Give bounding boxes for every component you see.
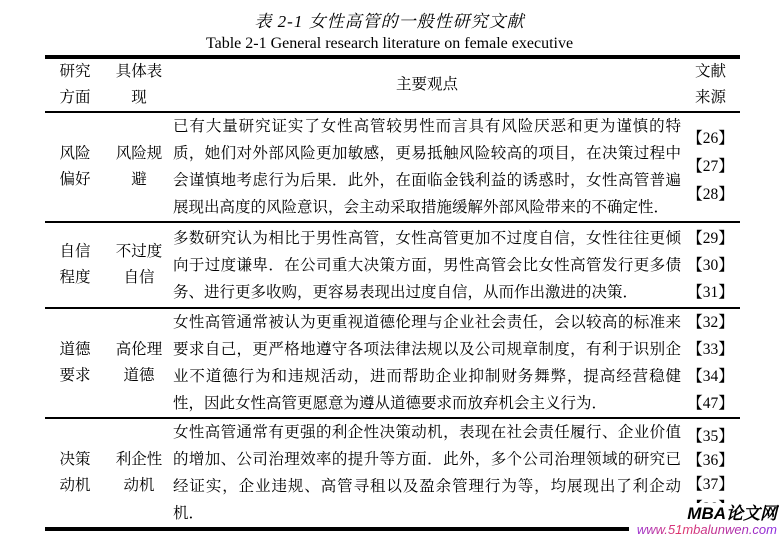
behavior-line: 动机 — [105, 473, 173, 499]
header-main-viewpoint: 主要观点 — [173, 57, 681, 112]
behavior-cell: 利企性 动机 — [105, 418, 173, 529]
reference-number: 【47】 — [681, 390, 740, 417]
behavior-cell: 高伦理 道德 — [105, 308, 173, 418]
reference-number: 【28】 — [681, 181, 740, 209]
table-row: 风险 偏好 风险规 避 已有大量研究证实了女性高管较男性而言具有风险厌恶和更为谨… — [45, 112, 740, 222]
aspect-line: 自信 — [45, 239, 105, 265]
aspect-line: 道德 — [45, 337, 105, 363]
behavior-line: 不过度 — [105, 239, 173, 265]
table-row: 自信 程度 不过度 自信 多数研究认为相比于男性高管，女性高管更加不过度自信，女… — [45, 222, 740, 308]
reference-number: 【31】 — [681, 279, 740, 306]
reference-number: 【36】 — [681, 449, 740, 473]
refs-cell: 【29】 【30】 【31】 — [681, 222, 740, 308]
behavior-line: 利企性 — [105, 447, 173, 473]
header-line: 文献 — [681, 59, 740, 85]
reference-number: 【30】 — [681, 252, 740, 279]
document-page: 表 2-1 女性高管的一般性研究文献 Table 2-1 General res… — [0, 0, 779, 539]
behavior-line: 风险规 — [105, 141, 173, 167]
watermark-site-name: MBA论文网 — [637, 505, 777, 523]
behavior-line: 自信 — [105, 265, 173, 291]
reference-number: 【35】 — [681, 425, 740, 449]
table-header-row: 研究 方面 具体表 现 主要观点 文献 来源 — [45, 57, 740, 112]
reference-number: 【33】 — [681, 336, 740, 363]
viewpoint-cell: 女性高管通常有更强的利企性决策动机，表现在社会责任履行、企业价值的增加、公司治理… — [173, 418, 681, 529]
header-line: 现 — [105, 85, 173, 111]
reference-number: 【29】 — [681, 225, 740, 252]
header-specific-behavior: 具体表 现 — [105, 57, 173, 112]
header-line: 方面 — [45, 85, 105, 111]
aspect-cell: 自信 程度 — [45, 222, 105, 308]
header-research-aspect: 研究 方面 — [45, 57, 105, 112]
aspect-line: 风险 — [45, 141, 105, 167]
aspect-line: 决策 — [45, 447, 105, 473]
header-line: 研究 — [45, 59, 105, 85]
table-title-english: Table 2-1 General research literature on… — [0, 35, 779, 53]
reference-number: 【37】 — [681, 473, 740, 497]
aspect-cell: 风险 偏好 — [45, 112, 105, 222]
reference-number: 【34】 — [681, 363, 740, 390]
viewpoint-cell: 多数研究认为相比于男性高管，女性高管更加不过度自信，女性往往更倾向于过度谦卑．在… — [173, 222, 681, 308]
aspect-cell: 道德 要求 — [45, 308, 105, 418]
site-watermark: MBA论文网 www.51mbalunwen.com — [629, 503, 779, 538]
aspect-line: 程度 — [45, 265, 105, 291]
behavior-cell: 风险规 避 — [105, 112, 173, 222]
behavior-line: 高伦理 — [105, 337, 173, 363]
refs-cell: 【26】 【27】 【28】 — [681, 112, 740, 222]
literature-table: 研究 方面 具体表 现 主要观点 文献 来源 风险 偏好 — [45, 55, 740, 531]
viewpoint-cell: 女性高管通常被认为更重视道德伦理与企业社会责任，会以较高的标准来要求自己，更严格… — [173, 308, 681, 418]
header-line: 来源 — [681, 85, 740, 111]
aspect-line: 要求 — [45, 363, 105, 389]
reference-number: 【32】 — [681, 309, 740, 336]
reference-number: 【27】 — [681, 153, 740, 181]
aspect-line: 偏好 — [45, 167, 105, 193]
reference-number: 【26】 — [681, 125, 740, 153]
behavior-line: 道德 — [105, 363, 173, 389]
behavior-line: 避 — [105, 167, 173, 193]
watermark-site-url: www.51mbalunwen.com — [637, 523, 777, 537]
viewpoint-cell: 已有大量研究证实了女性高管较男性而言具有风险厌恶和更为谨慎的特质，她们对外部风险… — [173, 112, 681, 222]
behavior-cell: 不过度 自信 — [105, 222, 173, 308]
table-row: 道德 要求 高伦理 道德 女性高管通常被认为更重视道德伦理与企业社会责任，会以较… — [45, 308, 740, 418]
header-line: 具体表 — [105, 59, 173, 85]
aspect-line: 动机 — [45, 473, 105, 499]
table-title-chinese: 表 2-1 女性高管的一般性研究文献 — [0, 0, 779, 32]
aspect-cell: 决策 动机 — [45, 418, 105, 529]
header-literature-source: 文献 来源 — [681, 57, 740, 112]
refs-cell: 【32】 【33】 【34】 【47】 — [681, 308, 740, 418]
